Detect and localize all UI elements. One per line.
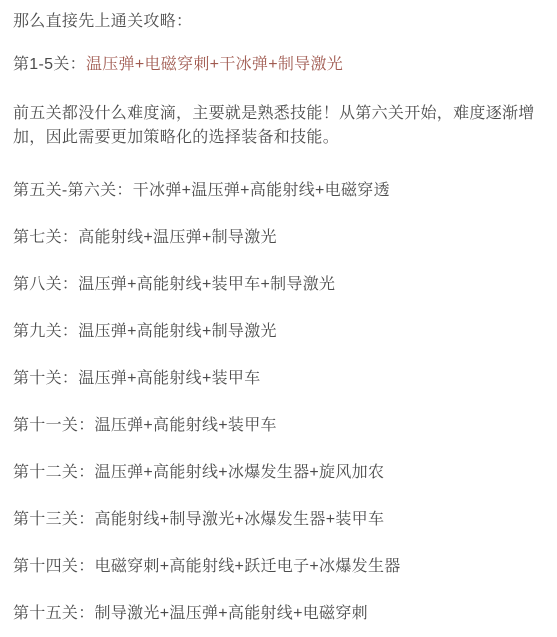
level-8-line: 第八关：温压弹+高能射线+装甲车+制导激光 bbox=[13, 273, 547, 297]
level-8-label: 第八关： bbox=[13, 276, 78, 293]
levels-1-5-loadout: 温压弹+电磁穿刺+干冰弹+制导激光 bbox=[86, 56, 343, 73]
level-15-loadout: 制导激光+温压弹+高能射线+电磁穿刺 bbox=[95, 605, 368, 622]
level-14-loadout: 电磁穿刺+高能射线+跃迁电子+冰爆发生器 bbox=[95, 558, 401, 575]
level-5-6-label: 第五关-第六关： bbox=[13, 182, 133, 199]
level-7-line: 第七关：高能射线+温压弹+制导激光 bbox=[13, 226, 547, 250]
level-15-label: 第十五关： bbox=[13, 605, 95, 622]
level-14-line: 第十四关：电磁穿刺+高能射线+跃迁电子+冰爆发生器 bbox=[13, 555, 547, 579]
level-11-loadout: 温压弹+高能射线+装甲车 bbox=[95, 417, 277, 434]
level-12-label: 第十二关： bbox=[13, 464, 95, 481]
article-body: 那么直接先上通关攻略： 第1-5关：温压弹+电磁穿刺+干冰弹+制导激光 前五关都… bbox=[0, 0, 557, 637]
level-11-label: 第十一关： bbox=[13, 417, 95, 434]
level-7-loadout: 高能射线+温压弹+制导激光 bbox=[78, 229, 277, 246]
level-9-loadout: 温压弹+高能射线+制导激光 bbox=[78, 323, 277, 340]
level-13-label: 第十三关： bbox=[13, 511, 95, 528]
intro-text: 那么直接先上通关攻略： bbox=[13, 10, 547, 34]
level-15-line: 第十五关：制导激光+温压弹+高能射线+电磁穿刺 bbox=[13, 602, 547, 626]
level-13-loadout: 高能射线+制导激光+冰爆发生器+装甲车 bbox=[95, 511, 385, 528]
level-5-6-loadout: 干冰弹+温压弹+高能射线+电磁穿透 bbox=[133, 182, 390, 199]
level-12-line: 第十二关：温压弹+高能射线+冰爆发生器+旋风加农 bbox=[13, 461, 547, 485]
level-9-label: 第九关： bbox=[13, 323, 78, 340]
level-7-label: 第七关： bbox=[13, 229, 78, 246]
level-10-label: 第十关： bbox=[13, 370, 78, 387]
levels-1-5-label: 第1-5关： bbox=[13, 56, 86, 73]
levels-1-5-line: 第1-5关：温压弹+电磁穿刺+干冰弹+制导激光 bbox=[13, 53, 547, 77]
level-10-loadout: 温压弹+高能射线+装甲车 bbox=[78, 370, 260, 387]
level-8-loadout: 温压弹+高能射线+装甲车+制导激光 bbox=[78, 276, 335, 293]
level-9-line: 第九关：温压弹+高能射线+制导激光 bbox=[13, 320, 547, 344]
level-13-line: 第十三关：高能射线+制导激光+冰爆发生器+装甲车 bbox=[13, 508, 547, 532]
level-10-line: 第十关：温压弹+高能射线+装甲车 bbox=[13, 367, 547, 391]
level-11-line: 第十一关：温压弹+高能射线+装甲车 bbox=[13, 414, 547, 438]
level-12-loadout: 温压弹+高能射线+冰爆发生器+旋风加农 bbox=[95, 464, 385, 481]
level-14-label: 第十四关： bbox=[13, 558, 95, 575]
level-5-6-line: 第五关-第六关：干冰弹+温压弹+高能射线+电磁穿透 bbox=[13, 179, 547, 203]
difficulty-note: 前五关都没什么难度滴，主要就是熟悉技能！从第六关开始，难度逐渐增加，因此需要更加… bbox=[13, 102, 547, 150]
